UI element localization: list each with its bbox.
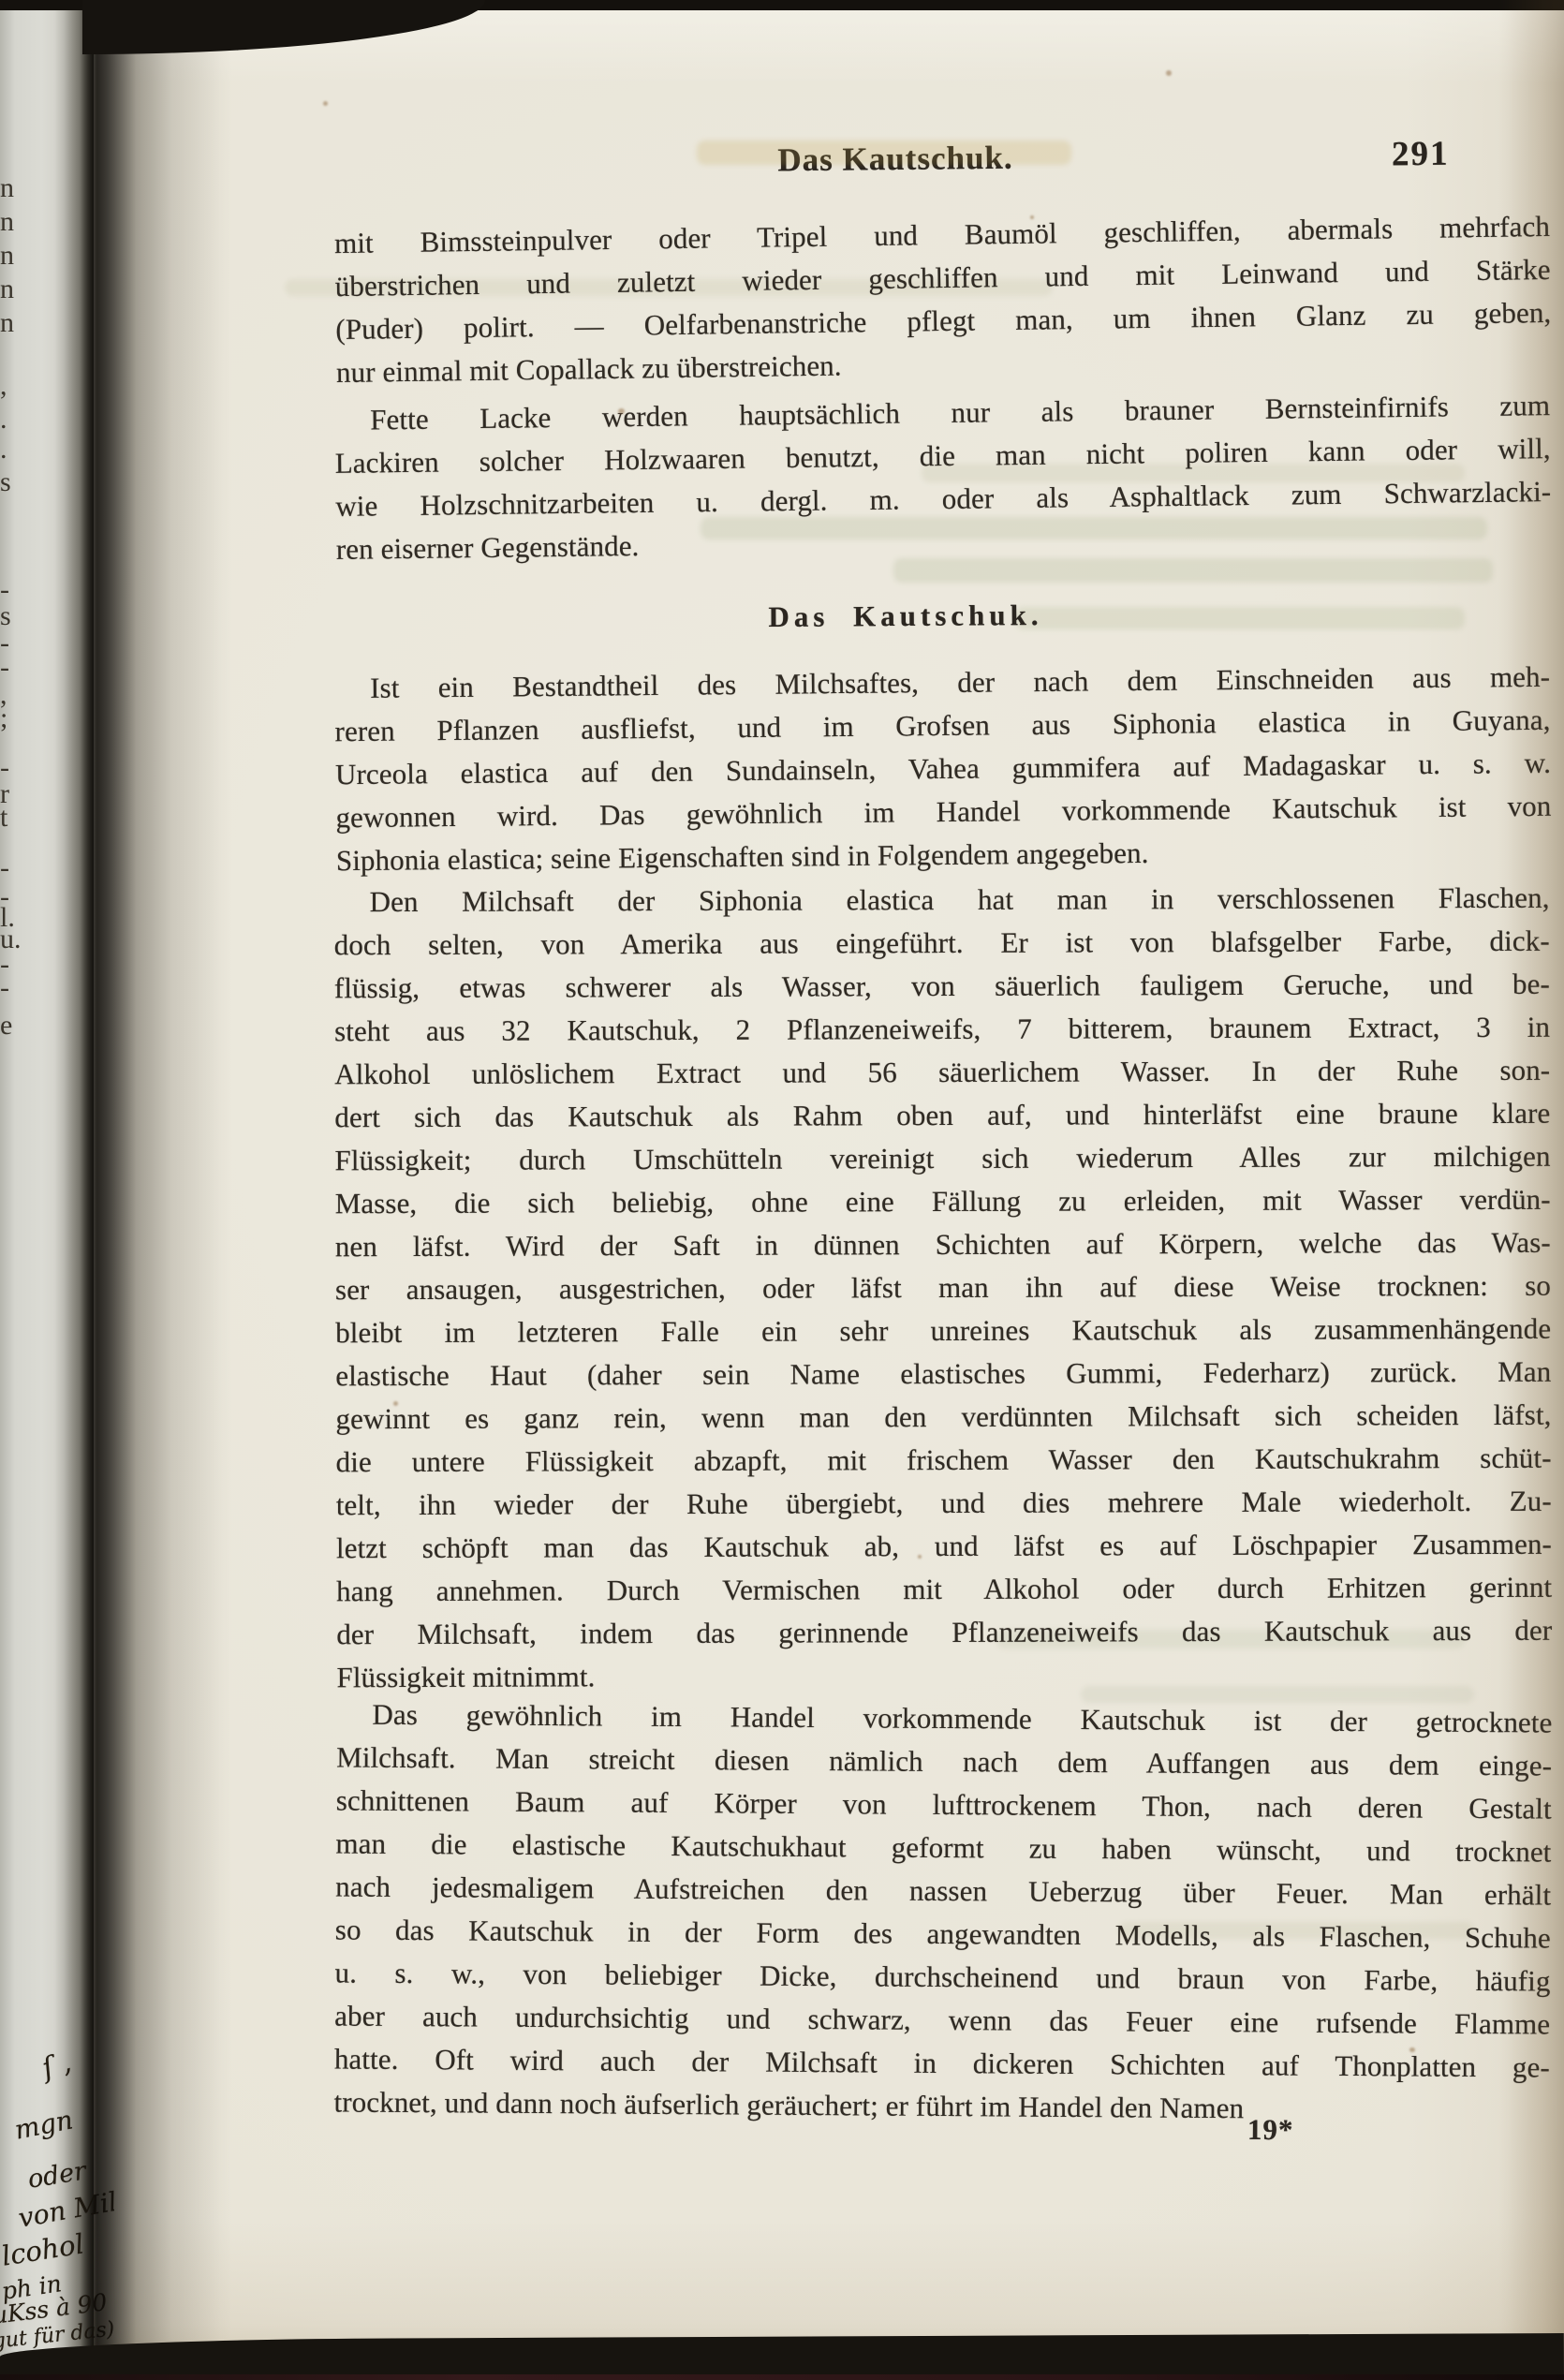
handwritten-note: lcohol bbox=[0, 2227, 86, 2271]
fox-spot bbox=[1166, 70, 1172, 76]
text-line: gewinnt es ganz rein, wenn man den verdü… bbox=[335, 1394, 1551, 1441]
text-line: dert sich das Kautschuk als Rahm oben au… bbox=[334, 1092, 1550, 1140]
text-line: telt, ihn wieder der Ruhe übergiebt, und… bbox=[336, 1480, 1552, 1528]
running-header: Das Kautschuk. bbox=[652, 138, 1139, 180]
book-scan: Das Kautschuk. 291 mit Bimssteinpulver o… bbox=[0, 0, 1564, 2380]
text-line: Flüssigkeit; durch Umschütteln vereinigt… bbox=[334, 1135, 1550, 1183]
paragraph: Fette Lacke werden hauptsächlich nur als… bbox=[334, 384, 1552, 571]
text-line: steht aus 32 Kautschuk, 2 Pflanzeneiweif… bbox=[334, 1006, 1550, 1054]
text-line: letzt schöpft man das Kautschuk ab, und … bbox=[336, 1523, 1552, 1571]
handwritten-marginalia: ſ ,mgnodervon Milchlcoholph inuKss à 90g… bbox=[0, 0, 114, 2380]
text-line: elastische Haut (daher sein Name elastis… bbox=[335, 1351, 1551, 1398]
text-line: Alkohol unlöslichem Extract und 56 säuer… bbox=[334, 1049, 1550, 1097]
handwritten-note: ſ , bbox=[38, 2046, 75, 2085]
text-line: flüssig, etwas schwerer als Wasser, von … bbox=[334, 963, 1550, 1011]
text-line: trocknet, und dann noch äufserlich geräu… bbox=[333, 2080, 1549, 2132]
text-line: die untere Flüssigkeit abzapft, mit fris… bbox=[336, 1437, 1552, 1485]
fox-spot bbox=[323, 101, 328, 106]
text-line: hang annehmen. Durch Vermischen mit Alko… bbox=[336, 1566, 1552, 1614]
text-line: nen läfst. Wird der Saft in dünnen Schic… bbox=[335, 1221, 1551, 1269]
handwritten-note: mgn bbox=[12, 2104, 76, 2145]
text-line: der Milchsaft, indem das gerinnende Pfla… bbox=[336, 1609, 1552, 1657]
photo-bottom-line bbox=[0, 2374, 1564, 2380]
handwritten-note: oder bbox=[26, 2156, 89, 2194]
text-line: Flüssigkeit mitnimmt. bbox=[336, 1652, 1552, 1700]
paragraph: Das gewöhnlich im Handel vorkommende Kau… bbox=[333, 1693, 1552, 2132]
text-line: Masse, die sich beliebig, ohne eine Fäll… bbox=[335, 1178, 1551, 1226]
paragraph: mit Bimssteinpulver oder Tripel und Baum… bbox=[334, 205, 1552, 394]
section-heading: Das Kautschuk. bbox=[653, 598, 1158, 635]
text-line: ser ansaugen, ausgestrichen, oder läfst … bbox=[335, 1264, 1551, 1312]
text-line: doch selten, von Amerika aus eingeführt.… bbox=[334, 920, 1550, 968]
signature-mark: 19* bbox=[1247, 2113, 1294, 2147]
page-number: 291 bbox=[1392, 134, 1450, 175]
photo-bottom-edge bbox=[0, 2333, 1564, 2380]
text-line: bleibt im letzteren Falle ein sehr unrei… bbox=[335, 1308, 1551, 1355]
text-line: Den Milchsaft der Siphonia elastica hat … bbox=[333, 877, 1549, 924]
page: Das Kautschuk. 291 mit Bimssteinpulver o… bbox=[90, 0, 1564, 2380]
paragraph: Ist ein Bestandtheil des Milchsaftes, de… bbox=[334, 656, 1552, 882]
paragraph: Den Milchsaft der Siphonia elastica hat … bbox=[333, 877, 1552, 1700]
